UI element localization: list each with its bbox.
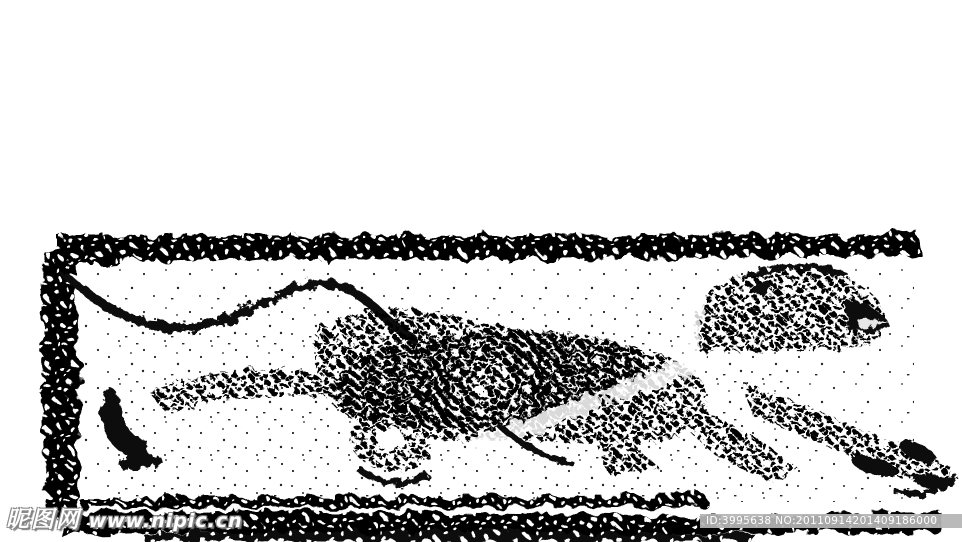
tiger-ear [752, 282, 772, 294]
nipic-logo-watermark: 昵图网 www.nipic.cn [6, 501, 243, 534]
rear-curl-gap [376, 427, 404, 449]
frame-left-band [41, 249, 80, 516]
nipic-site-url: www.nipic.cn [89, 510, 243, 532]
nipic-site-name: 昵图网 [6, 507, 81, 533]
rubbing-artwork [0, 0, 962, 542]
stock-photo-preview: 昵图网 www.nipic.cn ID:3995638 NO:201109142… [0, 0, 962, 542]
image-id-watermark: ID:3995638 NO:20110914201409186000 [700, 514, 962, 528]
